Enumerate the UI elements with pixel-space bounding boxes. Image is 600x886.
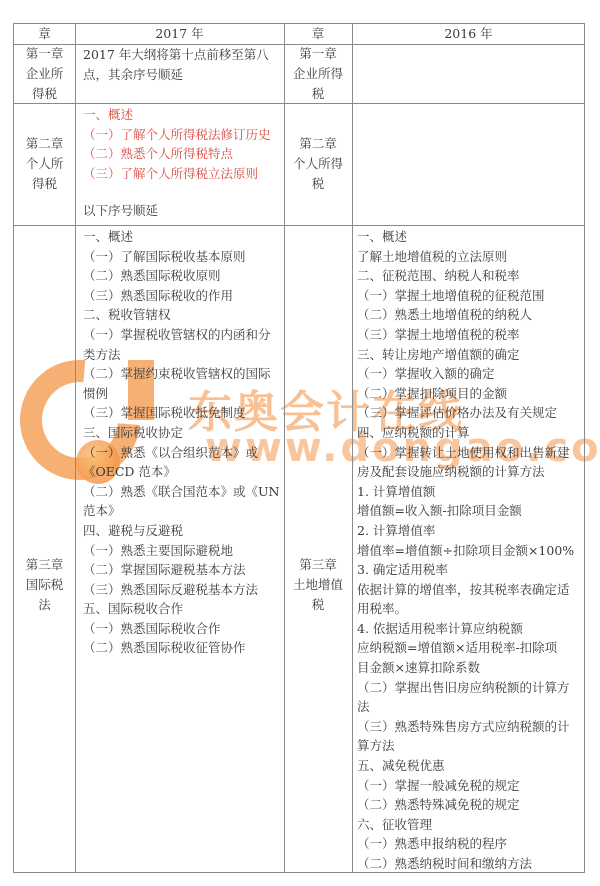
chapter-1-2017: 第一章 企业所 得税	[14, 44, 75, 103]
section-heading: 六、征收管理	[357, 815, 585, 835]
text-line: （一）熟悉《以合组织范本》或	[83, 443, 283, 463]
text-line: （二）熟悉国际税收征管协作	[83, 638, 283, 658]
content-1-2016	[352, 44, 585, 103]
chapter-2-2017: 第二章 个人所 得税	[14, 103, 75, 225]
text-line: （一）熟悉国际税收合作	[83, 619, 283, 639]
highlighted-line: 一、概述	[83, 105, 283, 125]
text-line: 依据计算的增值率，按其税率表确定适	[357, 580, 585, 600]
highlighted-line: （三）了解个人所得税立法原则	[83, 164, 283, 184]
text-line: （一）掌握收入额的确定	[357, 364, 585, 384]
text-line: （二）掌握约束税收管辖权的国际	[83, 364, 283, 384]
chapter-label: 第一章	[293, 44, 343, 64]
text-line: （三）熟悉特殊售房方式应纳税额的计	[357, 717, 585, 737]
text-line: 点，其余序号顺延	[83, 65, 283, 85]
chapter-label: 第二章	[293, 134, 343, 154]
content-2-2016	[352, 103, 585, 225]
formula-line: 增值率=增值额÷扣除项目金额×100%	[357, 541, 585, 561]
header-2016: 2016 年	[352, 24, 585, 44]
text-line: （二）熟悉土地增值税的纳税人	[357, 305, 585, 325]
text-line: 2017 年大纲将第十点前移至第八	[83, 45, 283, 65]
header-2017: 2017 年	[75, 24, 284, 44]
chapter-label: 企业所	[26, 64, 64, 84]
text-line: 2. 计算增值率	[357, 521, 585, 541]
text-line: 房及配套设施应纳税额的计算方法	[357, 462, 585, 482]
formula-line: 目金额×速算扣除系数	[357, 658, 585, 678]
section-heading: 五、国际税收合作	[83, 599, 283, 619]
content-3-2016: 一、概述 了解土地增值税的立法原则 二、征税范围、纳税人和税率 （一）掌握土地增…	[357, 227, 585, 874]
text-line: 惯例	[83, 384, 283, 404]
chapter-label: 第三章	[26, 555, 64, 575]
section-heading: 二、税收管辖权	[83, 305, 283, 325]
chapter-label: 土地增值	[293, 575, 343, 595]
chapter-label: 第二章	[26, 134, 64, 154]
text-line: （一）熟悉主要国际避税地	[83, 541, 283, 561]
text-line: （二）掌握扣除项目的金额	[357, 384, 585, 404]
chapter-2-2016: 第二章 个人所得 税	[284, 103, 352, 225]
section-heading: 四、应纳税额的计算	[357, 423, 585, 443]
text-line: 了解土地增值税的立法原则	[357, 247, 585, 267]
formula-line: 增值额=收入额-扣除项目金额	[357, 501, 585, 521]
text-line: 法	[357, 697, 585, 717]
header-chapter-2017: 章	[14, 24, 75, 44]
text-line: 范本》	[83, 501, 283, 521]
section-heading: 四、避税与反避税	[83, 521, 283, 541]
section-heading: 三、转让房地产增值额的确定	[357, 345, 585, 365]
text-line: （二）掌握国际避税基本方法	[83, 560, 283, 580]
highlighted-line: （一）了解个人所得税法修订历史	[83, 125, 283, 145]
text-line: 4. 依据适用税率计算应纳税额	[357, 619, 585, 639]
text-line: （一）掌握一般减免税的规定	[357, 776, 585, 796]
chapter-label: 国际税	[26, 575, 64, 595]
text-line: 3. 确定适用税率	[357, 560, 585, 580]
highlighted-line: （二）熟悉个人所得税特点	[83, 144, 283, 164]
chapter-label: 个人所得	[293, 154, 343, 174]
formula-line: 应纳税额=增值额×适用税率-扣除项	[357, 638, 585, 658]
text-line: 用税率。	[357, 599, 585, 619]
chapter-label: 税	[293, 595, 343, 615]
chapter-label: 企业所得	[293, 64, 343, 84]
text-line: （三）掌握评估价格办法及有关规定	[357, 403, 585, 423]
text-line: （一）掌握土地增值税的征税范围	[357, 286, 585, 306]
chapter-label: 个人所	[26, 154, 64, 174]
text-line: 1. 计算增值额	[357, 482, 585, 502]
chapter-label: 得税	[26, 174, 64, 194]
text-line: （二）熟悉《联合国范本》或《UN	[83, 482, 283, 502]
header-chapter-2016: 章	[284, 24, 352, 44]
text-line: （二）掌握出售旧房应纳税额的计算方	[357, 678, 585, 698]
text-line: （一）了解国际税收基本原则	[83, 247, 283, 267]
content-1-2017: 2017 年大纲将第十点前移至第八 点，其余序号顺延	[83, 45, 283, 84]
section-heading: 三、国际税收协定	[83, 423, 283, 443]
text-line: （二）熟悉纳税时间和缴纳方法	[357, 854, 585, 874]
chapter-label: 得税	[26, 84, 64, 104]
text-line: （二）熟悉国际税收原则	[83, 266, 283, 286]
text-line: （三）熟悉国际税收的作用	[83, 286, 283, 306]
chapter-3-2016: 第三章 土地增值 税	[284, 225, 352, 874]
section-heading: 二、征税范围、纳税人和税率	[357, 266, 585, 286]
text-line: （三）掌握国际税收抵免制度	[83, 403, 283, 423]
text-line: 算方法	[357, 736, 585, 756]
text-line: 《OECD 范本》	[83, 462, 283, 482]
chapter-1-2016: 第一章 企业所得 税	[284, 44, 352, 103]
col-divider	[75, 24, 76, 872]
text-line: （三）熟悉国际反避税基本方法	[83, 580, 283, 600]
chapter-label: 税	[293, 174, 343, 194]
renumber-note: 以下序号顺延	[83, 201, 283, 221]
section-heading: 一、概述	[357, 227, 585, 247]
text-line: 类方法	[83, 345, 283, 365]
content-2-2017: 一、概述 （一）了解个人所得税法修订历史 （二）熟悉个人所得税特点 （三）了解个…	[83, 105, 283, 221]
content-3-2017: 一、概述 （一）了解国际税收基本原则 （二）熟悉国际税收原则 （三）熟悉国际税收…	[83, 227, 283, 658]
text-line: （三）掌握土地增值税的税率	[357, 325, 585, 345]
text-line: （一）掌握转让土地使用权和出售新建	[357, 443, 585, 463]
section-heading: 五、减免税优惠	[357, 756, 585, 776]
text-line: （一）掌握税收管辖权的内函和分	[83, 325, 283, 345]
chapter-label: 第三章	[293, 555, 343, 575]
syllabus-comparison-table: 章 2017 年 章 2016 年 第一章 企业所 得税 2017 年大纲将第十…	[13, 23, 585, 873]
chapter-label: 第一章	[26, 44, 64, 64]
section-heading: 一、概述	[83, 227, 283, 247]
chapter-3-2017: 第三章 国际税 法	[14, 225, 75, 874]
text-line: （一）熟悉申报纳税的程序	[357, 834, 585, 854]
chapter-label: 税	[293, 84, 343, 104]
chapter-label: 法	[26, 595, 64, 615]
text-line: （二）熟悉特殊减免税的规定	[357, 795, 585, 815]
